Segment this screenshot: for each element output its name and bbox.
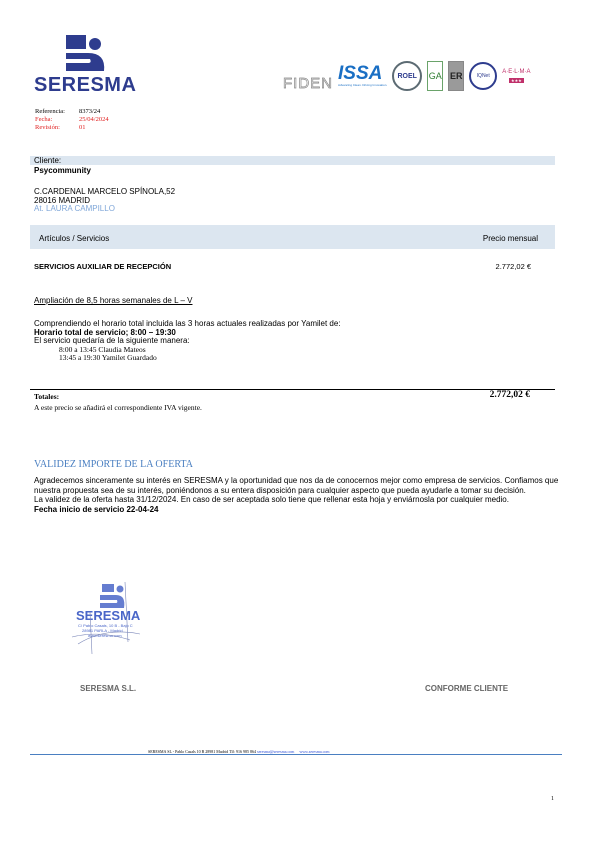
svg-text:SERESMA: SERESMA — [76, 608, 141, 623]
footer-divider — [30, 754, 562, 755]
seresma-logo-icon — [66, 33, 106, 73]
vat-note: A este precio se añadirá el correspondie… — [34, 403, 202, 412]
empresa-registrada-badge-icon: ER — [448, 61, 464, 91]
validity-body: Agradecemos sinceramente su interés en S… — [34, 476, 559, 514]
page-number: 1 — [551, 796, 554, 802]
items-table-header: Artículos / Servicios Precio mensual — [30, 225, 555, 249]
service-start-date: Fecha inicio de servicio 22-04-24 — [34, 505, 559, 515]
service-price: 2.772,02 € — [496, 262, 531, 271]
iqnet-logo: IQNet — [469, 62, 497, 90]
extension-note: Ampliación de 8,5 horas semanales de L –… — [34, 296, 192, 305]
client-label: Cliente: — [30, 156, 555, 165]
company-stamp: SERESMA C/ Pablo Casals, 10 B - Bajo C 2… — [70, 582, 160, 657]
totals-value: 2.772,02 € — [490, 390, 530, 400]
signature-company: SERESMA S.L. — [80, 684, 136, 693]
column-items: Artículos / Servicios — [39, 234, 109, 243]
meta-revision: Revisión:01 — [35, 124, 109, 132]
issa-logo: ISSA Advancing Clean. Driving Innovation… — [338, 65, 387, 87]
service-name: SERVICIOS AUXILIAR DE RECEPCIÓN — [34, 262, 171, 271]
aelma-logo: A·E·L·M·A★★★ — [502, 69, 530, 83]
signature-client: CONFORME CLIENTE — [425, 684, 508, 693]
column-price: Precio mensual — [483, 234, 538, 243]
service-description: Comprendiendo el horario total incluida … — [34, 320, 341, 363]
document-meta: Referencia:8373/24 Fecha:25/04/2024 Revi… — [35, 108, 109, 132]
company-logo-text: SERESMA — [34, 74, 136, 97]
meta-date: Fecha:25/04/2024 — [35, 116, 109, 124]
schedule-item: 13:45 a 19:30 Yamilet Guardado — [34, 354, 341, 363]
client-attention: At. LAURA CAMPILLO — [34, 205, 175, 214]
validity-title: VALIDEZ IMPORTE DE LA OFERTA — [34, 459, 193, 470]
client-name: Psycommunity — [34, 166, 91, 175]
meta-reference: Referencia:8373/24 — [35, 108, 109, 116]
certification-logos: FIDEN ISSA Advancing Clean. Driving Inno… — [283, 58, 531, 94]
totals-label: Totales: — [34, 392, 59, 401]
svg-text:www.seresma.com: www.seresma.com — [88, 633, 122, 638]
fiden-logo: FIDEN — [283, 75, 333, 92]
totals-divider — [30, 389, 555, 390]
client-address: C.CARDENAL MARCELO SPÍNOLA,52 28016 MADR… — [34, 188, 175, 214]
roel-logo: ROEL — [392, 61, 422, 91]
signature-icon: SERESMA C/ Pablo Casals, 10 B - Bajo C 2… — [70, 582, 160, 657]
gestion-ambiental-badge-icon: GA — [427, 61, 443, 91]
